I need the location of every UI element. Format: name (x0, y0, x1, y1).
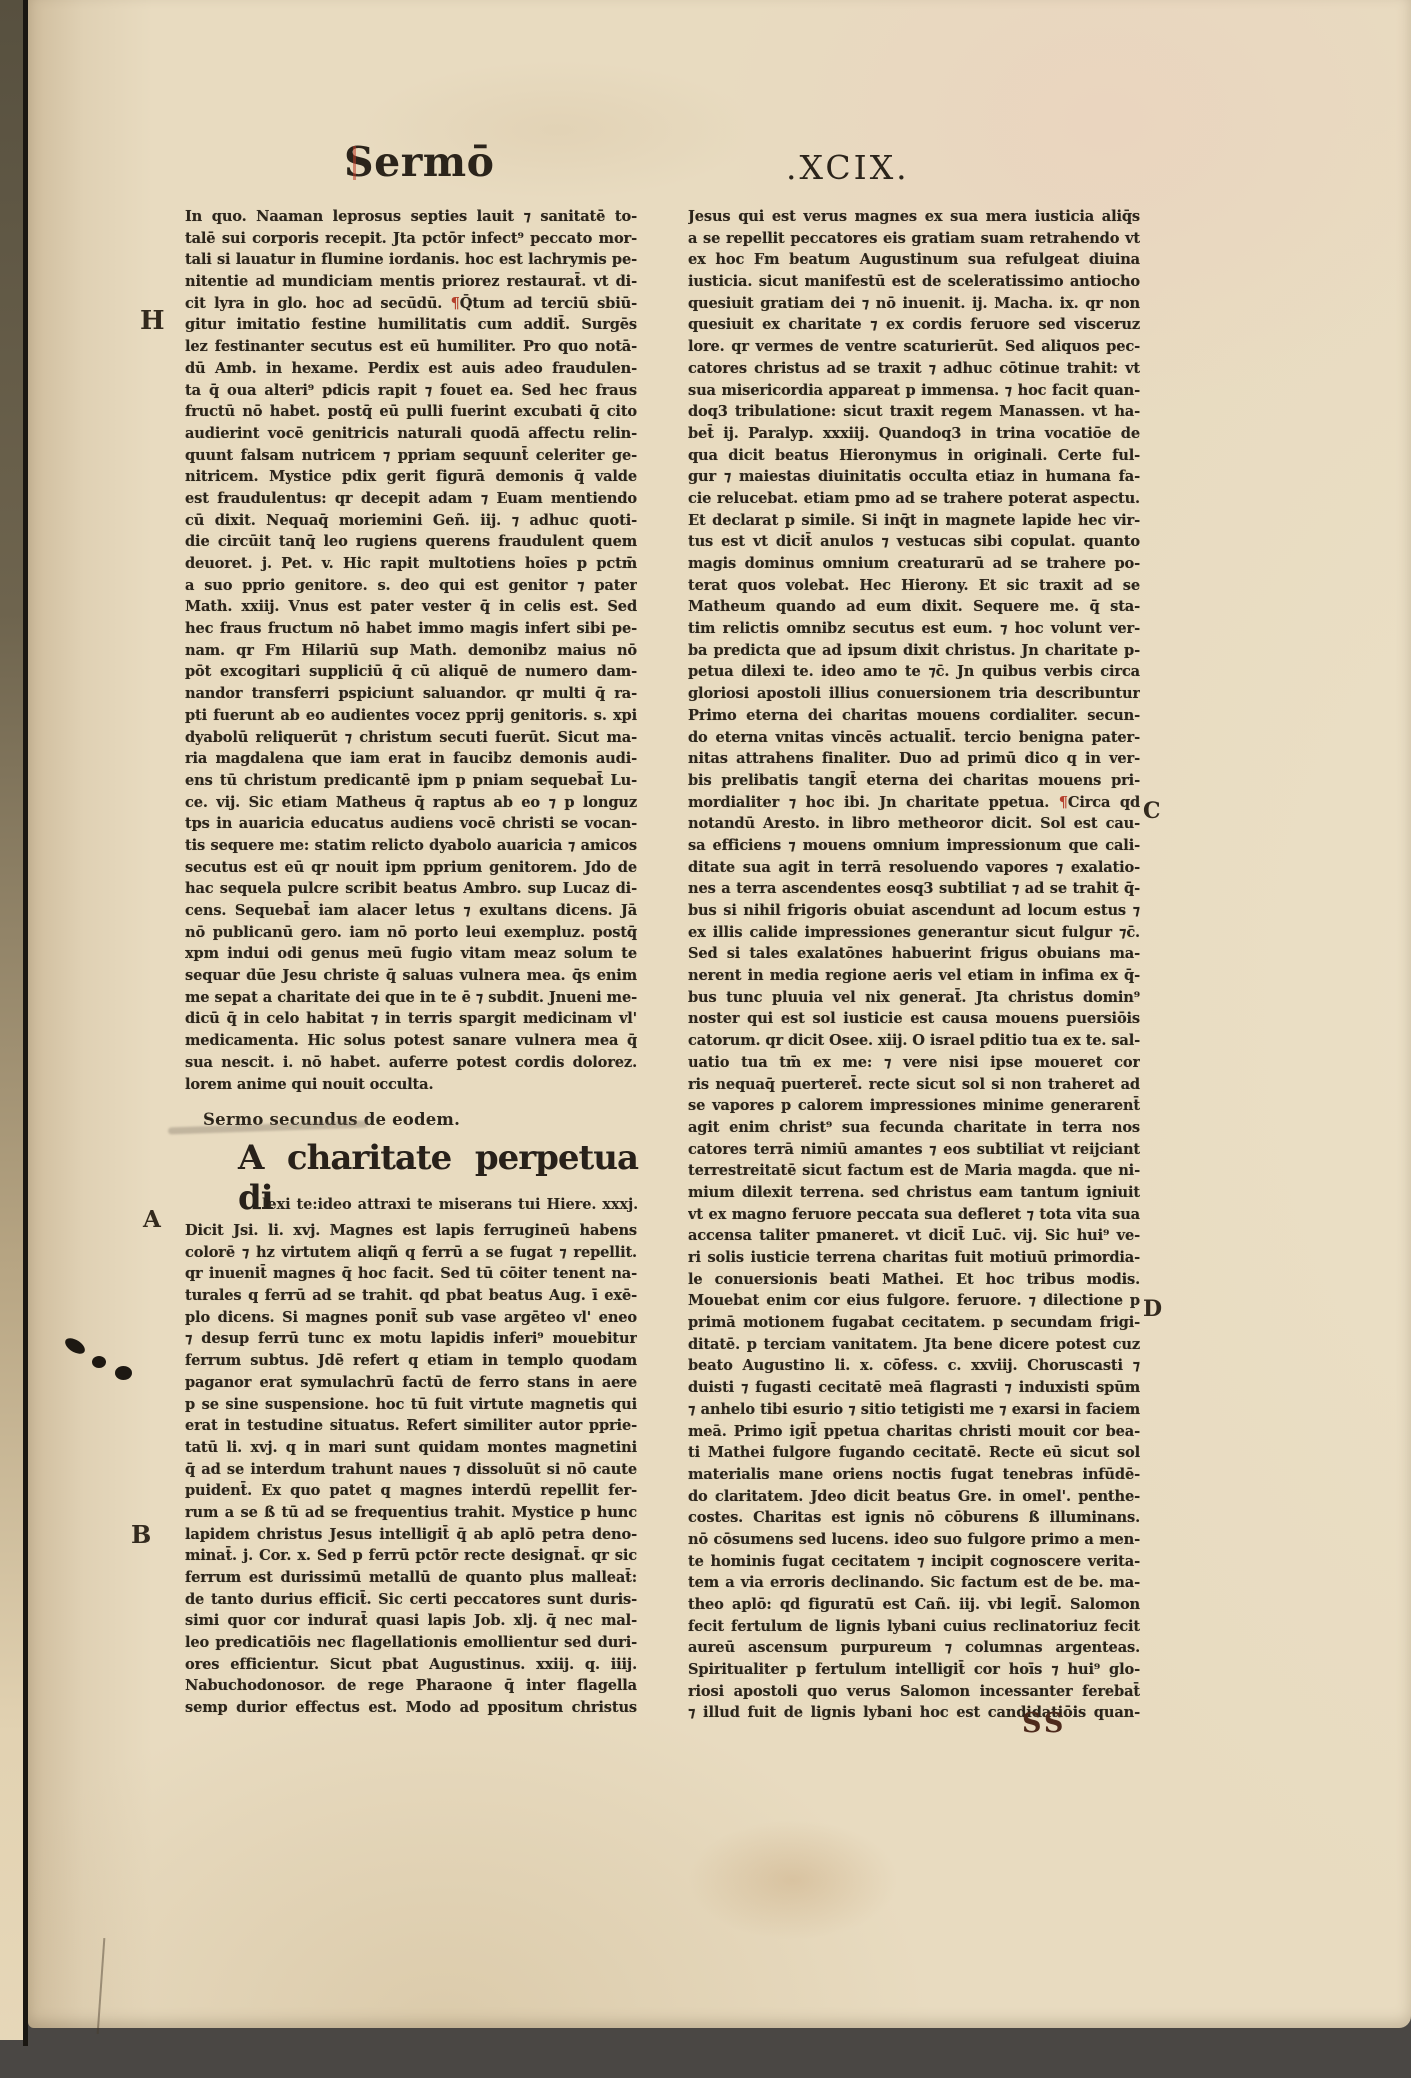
text-line: quesiuit gratiam dei ⁊ nō inuenit. ij. M… (688, 293, 1140, 315)
text-line: sua nescit. i. nō habet. auferre potest … (185, 1052, 637, 1074)
text-line: simi quor cor indurat̄ quasi lapis Job. … (185, 1610, 637, 1632)
text-line: sequar dūe Jesu christe q̄ saluas vulner… (185, 965, 637, 987)
text-line: fructū nō habet. postq̄ eū pulli fuerint… (185, 401, 637, 423)
text-line: ores efficientur. Sicut pbat Augustinus.… (185, 1654, 637, 1676)
quire-signature-mark: SS (1022, 1708, 1066, 1739)
text-line: dyabolū reliquerūt ⁊ christum secuti fue… (185, 727, 637, 749)
text-line: Dicit Jsi. li. xvj. Magnes est lapis fer… (185, 1220, 637, 1242)
text-line: Matheum quando ad eum dixit. Sequere me.… (688, 596, 1140, 618)
text-line: vt ex magno feruore peccata sua defleret… (688, 1204, 1140, 1226)
text-line: ba predicta que ad ipsum dixit christus.… (688, 640, 1140, 662)
text-line: terat quos volebat. Hec Hierony. Et sic … (688, 575, 1140, 597)
text-line: tem a via erroris declinando. Sic factum… (688, 1572, 1140, 1594)
text-line: cū dixit. Nequaq̄ moriemini Geñ. iij. ⁊ … (185, 510, 637, 532)
text-line: hac sequela pulcre scribit beatus Ambro.… (185, 878, 637, 900)
text-line: do claritatem. Jdeo dicit beatus Gre. in… (688, 1486, 1140, 1508)
text-line: magis dominus omnium creaturarū ad se tr… (688, 553, 1140, 575)
marginal-letter-h: H (140, 306, 165, 336)
text-line: accensa taliter pmaneret. vt dicit̄ Luc̄… (688, 1225, 1140, 1247)
text-line: talē sui corporis recepit. Jta pctōr inf… (185, 228, 637, 250)
ink-dot (92, 1356, 106, 1368)
text-line: ditate sua agit in terrā resoluendo vapo… (688, 857, 1140, 879)
text-line: meā. Primo igit̄ ppetua charitas christi… (688, 1421, 1140, 1443)
text-line: medicamenta. Hic solus potest sanare vul… (185, 1030, 637, 1052)
text-line: plo dicens. Si magnes ponit̄ sub vase ar… (185, 1307, 637, 1329)
text-line: ⁊ anhelo tibi esurio ⁊ sitio tetigisti m… (688, 1399, 1140, 1421)
text-line: nam. qr Fm Hilariū sup Math. demonibz ma… (185, 640, 637, 662)
text-line: catores terrā nimiū amantes ⁊ eos subtil… (688, 1139, 1140, 1161)
marginal-letter-b: B (131, 1520, 151, 1549)
running-header-folio-number: .XCIX. (786, 148, 910, 187)
underlying-page-edge (0, 0, 23, 2040)
marginal-letter-a: A (143, 1206, 161, 1233)
text-line: ens tū christum predicantē ipm p pniam s… (185, 770, 637, 792)
text-line: ti Mathei fulgore fugando cecitatē. Rect… (688, 1442, 1140, 1464)
text-line: secutus est eū qr nouit ipm pprium genit… (185, 857, 637, 879)
text-line: Jesus qui est verus magnes ex sua mera i… (688, 206, 1140, 228)
text-line: catorum. qr dicit Osee. xiij. O israel p… (688, 1030, 1140, 1052)
text-line: bus tunc pluuia vel nix generat̄. Jta ch… (688, 987, 1140, 1009)
text-line: nitentie ad mundiciam mentis priorez res… (185, 271, 637, 293)
text-line: minat̄. j. Cor. x. Sed p ferrū pctōr rec… (185, 1545, 637, 1567)
text-line: tis sequere me: statim relicto dyabolo a… (185, 835, 637, 857)
text-line: q̄ ad se interdum trahunt naues ⁊ dissol… (185, 1459, 637, 1481)
text-line: ferrum subtus. Jdē refert q etiam in tem… (185, 1350, 637, 1372)
text-line: te hominis fugat cecitatem ⁊ incipit cog… (688, 1551, 1140, 1573)
text-line: nandor transferri pspiciunt saluandor. q… (185, 683, 637, 705)
text-line: erat in testudine situatus. Refert simil… (185, 1415, 637, 1437)
text-line: Et declarat p simile. Si inq̄t in magnet… (688, 510, 1140, 532)
text-line: pti fuerunt ab eo audientes vocez pprij … (185, 705, 637, 727)
scanned-book-page: Sermō .XCIX. H A B C D In quo. Naaman le… (0, 0, 1411, 2078)
text-line: fecit fertulum de lignis lybani cuius re… (688, 1616, 1140, 1638)
text-line: ferrum est durissimū metallū de quanto p… (185, 1567, 637, 1589)
text-line: iusticia. sicut manifestū est de scelera… (688, 271, 1140, 293)
text-line: deuoret. j. Pet. v. Hic rapit multotiens… (185, 553, 637, 575)
ink-dot (115, 1366, 132, 1380)
text-line: ri solis iusticie terrena charitas fuit … (688, 1247, 1140, 1269)
left-column-sermon-body: Dicit Jsi. li. xvj. Magnes est lapis fer… (185, 1220, 637, 1719)
text-line: nitricem. Mystice pdix gerit figurā demo… (185, 466, 637, 488)
text-line: petua dilexi te. ideo amo te ⁊c̄. Jn qui… (688, 661, 1140, 683)
text-line: ce. vij. Sic etiam Matheus q̄ raptus ab … (185, 792, 637, 814)
text-line: nō cōsumens sed lucens. ideo suo fulgore… (688, 1529, 1140, 1551)
text-line: gloriosi apostoli illius conuersionem tr… (688, 683, 1140, 705)
text-line: agit enim christ⁹ sua fecunda charitate … (688, 1117, 1140, 1139)
text-line: nes a terra ascendentes eosq3 subtiliat … (688, 878, 1140, 900)
text-line: quunt falsam nutricem ⁊ ppriam sequunt̄ … (185, 445, 637, 467)
text-line: bet̄ ij. Paralyp. xxxiij. Quandoq3 in tr… (688, 423, 1140, 445)
text-line: nitas attrahens finaliter. Duo ad primū … (688, 748, 1140, 770)
text-line: ex hoc Fm beatum Augustinum sua refulgea… (688, 249, 1140, 271)
text-line: est fraudulentus: qr decepit adam ⁊ Euam… (185, 488, 637, 510)
text-line: lapidem christus Jesus intelligit̄ q̄ ab… (185, 1524, 637, 1546)
text-line: puident̄. Ex quo patet q magnes interdū … (185, 1480, 637, 1502)
text-line: p se sine suspensione. hoc tū fuit virtu… (185, 1394, 637, 1416)
text-line: qr inuenit̄ magnes q̄ hoc facit. Sed tū … (185, 1263, 637, 1285)
text-line: tatū li. xvj. q in mari sunt quidam mont… (185, 1437, 637, 1459)
text-line: primā motionem fugabat cecitatem. p secu… (688, 1312, 1140, 1334)
running-header-title: Sermō (344, 138, 495, 186)
text-line: aureū ascensum purpureum ⁊ columnas arge… (688, 1637, 1140, 1659)
text-line: In quo. Naaman leprosus septies lauit ⁊ … (185, 206, 637, 228)
text-line: de tanto durius efficit̄. Sic certi pecc… (185, 1589, 637, 1611)
text-line: quesiuit ex charitate ⁊ ex cordis feruor… (688, 314, 1140, 336)
text-line: dicū q̄ in celo habitat ⁊ in terris spar… (185, 1008, 637, 1030)
text-line: nō publicanū gero. iam nō porto leui exe… (185, 922, 637, 944)
text-line: catores christus ad se traxit ⁊ adhuc cō… (688, 358, 1140, 380)
text-line: ria magdalena que iam erat in faucibz de… (185, 748, 637, 770)
text-line: nerent in media regione aeris vel etiam … (688, 965, 1140, 987)
text-line: Spiritualiter p fertulum intelligit̄ cor… (688, 1659, 1140, 1681)
text-line: lez festinanter secutus est eū humiliter… (185, 336, 637, 358)
text-line: bus si nihil frigoris obuiat ascendunt a… (688, 900, 1140, 922)
text-line: theo aplō: qd figuratū est Cañ. iij. vbi… (688, 1594, 1140, 1616)
text-line: mium dilexit terrena. sed christus eam t… (688, 1182, 1140, 1204)
text-line: gur ⁊ maiestas diuinitatis occulta etiaz… (688, 466, 1140, 488)
text-line: uatio tua tm̄ ex me: ⁊ vere nisi ipse mo… (688, 1052, 1140, 1074)
text-line: audierint vocē genitricis naturali quodā… (185, 423, 637, 445)
text-line: ris nequaq̄ puerteret̄. recte sicut sol … (688, 1074, 1140, 1096)
right-column-text: Jesus qui est verus magnes ex sua mera i… (688, 206, 1140, 1724)
text-line: ⁊ desup ferrū tunc ex motu lapidis infer… (185, 1328, 637, 1350)
text-line: doq3 tribulatione: sicut traxit regem Ma… (688, 401, 1140, 423)
text-line: notandū Aresto. in libro metheoror dicit… (688, 813, 1140, 835)
text-line: hec fraus fructum nō habet immo magis in… (185, 618, 637, 640)
text-line: xpm indui odi genus meū fugio vitam meaz… (185, 943, 637, 965)
text-line: materialis mane oriens noctis fugat tene… (688, 1464, 1140, 1486)
text-line: qua dicit beatus Hieronymus in originali… (688, 445, 1140, 467)
text-line: ⁊ illud fuit de lignis lybani hoc est ca… (688, 1702, 1140, 1724)
text-line: lorem anime qui nouit occulta. (185, 1074, 637, 1096)
text-line: ta q̄ oua alteri⁹ pdicis rapit ⁊ fouet e… (185, 380, 637, 402)
text-line: Nabuchodonosor. de rege Pharaone q̄ inte… (185, 1675, 637, 1697)
text-line: a suo pprio genitore. s. deo qui est gen… (185, 575, 637, 597)
text-line: leo predicatiōis nec flagellationis emol… (185, 1632, 637, 1654)
text-line: semp durior effectus est. Modo ad pposit… (185, 1697, 637, 1719)
text-line: cit lyra in glo. hoc ad secūdū. ¶Q̄tum a… (185, 293, 637, 315)
text-line: cie relucebat. etiam pmo ad se trahere p… (688, 488, 1140, 510)
text-line: rum a se ß tū ad se frequentius trahit. … (185, 1502, 637, 1524)
text-line: Primo eterna dei charitas mouens cordial… (688, 705, 1140, 727)
marginal-letter-c: C (1143, 798, 1161, 824)
text-line: le conuersionis beati Mathei. Et hoc tri… (688, 1269, 1140, 1291)
text-line: die circūit tanq̄ leo rugiens querens fr… (185, 531, 637, 553)
text-line: lore. qr vermes de ventre scaturierūt. S… (688, 336, 1140, 358)
text-line: turales q ferrū ad se trahit. qd pbat be… (185, 1285, 637, 1307)
text-line: me sepat a charitate dei que in te ē ⁊ s… (185, 987, 637, 1009)
text-line: pōt excogitari suppliciū q̄ cū aliquē de… (185, 661, 637, 683)
text-line: Math. xxiij. Vnus est pater vester q̄ in… (185, 596, 637, 618)
paper-stain (688, 1820, 898, 1940)
text-line: a se repellit peccatores eis gratiam sua… (688, 228, 1140, 250)
text-line: costes. Charitas est ignis nō cōburens ß… (688, 1507, 1140, 1529)
text-line: ditatē. p terciam vanitatem. Jta bene di… (688, 1334, 1140, 1356)
text-line: tps in auaricia educatus audiens vocē ch… (185, 813, 637, 835)
sermon-incipit-subline: lexi te:ideo attraxi te miserans tui Hie… (262, 1196, 638, 1213)
text-line: riosi apostoli quo verus Salomon incessa… (688, 1681, 1140, 1703)
text-line: beato Augustino li. x. cōfess. c. xxviij… (688, 1355, 1140, 1377)
marginal-letter-d: D (1143, 1296, 1162, 1322)
text-line: paganor erat symulachrū factū de ferro s… (185, 1372, 637, 1394)
text-line: colorē ⁊ hz virtutem aliqñ q ferrū a se … (185, 1242, 637, 1264)
text-line: tim relictis omnibz secutus est eum. ⁊ h… (688, 618, 1140, 640)
text-line: tus est vt dicit̄ anulos ⁊ vestucas sibi… (688, 531, 1140, 553)
text-line: dū Amb. in hexame. Perdix est auis adeo … (185, 358, 637, 380)
text-line: sua misericordia appareat p immensa. ⁊ h… (688, 380, 1140, 402)
text-line: Sed si tales exalatōnes habuerint frigus… (688, 943, 1140, 965)
text-line: Mouebat enim cor eius fulgore. feruore. … (688, 1290, 1140, 1312)
left-column-sermon-end: In quo. Naaman leprosus septies lauit ⁊ … (185, 206, 637, 1095)
text-line: se vapores p calorem impressiones minime… (688, 1095, 1140, 1117)
text-line: sa efficiens ⁊ mouens omnium impressionu… (688, 835, 1140, 857)
text-line: do eterna vnitas vincēs actualit̄. terci… (688, 727, 1140, 749)
text-line: tali si lauatur in flumine iordanis. hoc… (185, 249, 637, 271)
text-line: duisti ⁊ fugasti cecitatē meā flagrasti … (688, 1377, 1140, 1399)
text-line: bis prelibatis tangit̄ eterna dei charit… (688, 770, 1140, 792)
text-line: ex illis calide impressiones generantur … (688, 922, 1140, 944)
text-line: mordialiter ⁊ hoc ibi. Jn charitate ppet… (688, 792, 1140, 814)
text-line: cens. Sequebat̄ iam alacer letus ⁊ exult… (185, 900, 637, 922)
text-line: gitur imitatio festine humilitatis cum a… (185, 314, 637, 336)
text-line: noster qui est sol iusticie est causa mo… (688, 1008, 1140, 1030)
text-line: terrestreitatē sicut factum est de Maria… (688, 1160, 1140, 1182)
